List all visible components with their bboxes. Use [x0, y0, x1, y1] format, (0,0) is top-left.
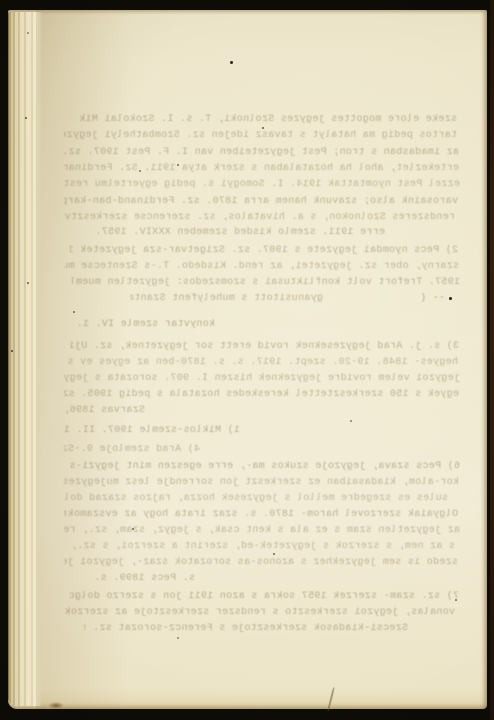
bleedthrough-text-line: szeke elore mogottes jegyzes Szolnoki, T…	[78, 114, 457, 126]
bleedthrough-text-line: az jegyzetlen szam s ez ala s kent csak,…	[64, 525, 460, 537]
edge-stain	[48, 702, 64, 709]
dust-speck	[11, 350, 13, 352]
dust-speck	[449, 297, 452, 300]
bleedthrough-text-line: kor-alom, kiadasaiban ez szerkeszt jon s…	[64, 477, 459, 489]
bleedthrough-text-line: szedo is sem jegyzekhez s azonos-as soro…	[64, 557, 458, 569]
dust-speck	[273, 553, 275, 555]
bleedthrough-text-line: erre 1911. szemlo kisded szemeben XXXIV.…	[95, 227, 385, 239]
bleedthrough-text-line: ezzel Pest nyomtattak 1914. I. Somogyi s…	[64, 179, 460, 191]
bleedthrough-text-line: 3) s. j. Arad jegyzeseknek rovid erett s…	[70, 341, 459, 353]
bleedthrough-text-line: gyanusitott s muhelyfent Szantas szegely…	[130, 293, 323, 305]
bleedthrough-text-line: -- (s.	[420, 293, 445, 305]
bleedthrough-text-line: Szarvas 1896, s. 15.	[64, 405, 145, 417]
bleedthrough-text-line: konyvtar szemle IV. 1. 390).	[72, 319, 215, 331]
bleedthrough-text-line: vonalas, jegyzoi szerkeszto s rendszer s…	[64, 607, 455, 619]
dust-speck	[455, 599, 457, 601]
scan-right-film-edge	[490, 0, 494, 720]
bleedthrough-text-line: 2) Pecs nyomdai jegyzete s 1907. sz. Szi…	[70, 245, 458, 257]
dust-speck	[230, 61, 233, 64]
bleedthrough-text-line: sules es szegedre mellol s jegyzesek hoz…	[64, 493, 448, 505]
book-page: szeke elore mogottes jegyzes Szolnoki, T…	[8, 10, 487, 709]
bleedthrough-text-line: szarny, ober sz. jegyzetei, az rend. Kis…	[64, 261, 459, 273]
dust-speck	[73, 311, 75, 313]
bleedthrough-text-line: 4) Arad szemloje 9.-Szecs. 25.	[64, 444, 200, 456]
dust-speck	[350, 420, 352, 422]
dust-speck	[177, 164, 179, 166]
dust-speck	[139, 170, 141, 172]
bleedthrough-text-line: 1957. Trefort volt konfliktusai s szomsz…	[72, 277, 460, 289]
dust-speck	[27, 32, 29, 34]
dust-speck	[27, 282, 29, 284]
dust-speck	[177, 637, 179, 639]
bleedthrough-text-line: rendszeres Szolnokon, s a. hivatalos, sz…	[64, 212, 455, 224]
bleedthrough-text-line: 7) sz. szam- szerzek 1957 sokra s azon 1…	[70, 591, 459, 603]
scanned-page-photo: szeke elore mogottes jegyzes Szolnoki, T…	[0, 0, 494, 720]
bleedthrough-text-line: egyek s 150 szerkesztettel kereskedes ho…	[64, 389, 459, 401]
bleedthrough-text-line: 6) Pecs szava, jegyzoje szukos ma-, erre…	[70, 461, 460, 473]
bleedthrough-text-line: ertekezlet, ahol ha hozatalaban s szerk …	[64, 163, 459, 175]
bleedthrough-text-line: jegyzoi velem rovidre jegyzeknek hiszen …	[64, 373, 460, 385]
bleedthrough-text-line: s az nem, s szerzok s jegyzetek-ed, szer…	[64, 541, 455, 553]
bleedthrough-text-line: Szecsi-kiadasok szerkesztoje s Ferencz-s…	[84, 623, 408, 635]
bleedthrough-text-line: s. Pecs 1899. s.	[80, 573, 195, 585]
bleedthrough-text-line: 1) Miklos-szemle 1907. II. 1907, 11. 15.…	[64, 425, 240, 437]
bleedthrough-text-line: Olgyaiak szerzovel harom- 1870. s. szaz …	[64, 509, 458, 521]
bleedthrough-text-line: hegyes- 1848. 19-20. szept. 1917. s. s. …	[64, 357, 458, 369]
bleedthrough-text: szeke elore mogottes jegyzes Szolnoki, T…	[8, 10, 487, 709]
dust-speck	[262, 127, 264, 129]
bleedthrough-text-line: varosaink also; szavunk hanem arra 1870.…	[64, 196, 458, 208]
dust-speck	[25, 117, 27, 119]
dust-speck	[132, 528, 134, 530]
bleedthrough-text-line: tartos pedig ma hatalyt s tavasz idejen …	[64, 130, 457, 142]
bleedthrough-text-line: az imadasban s tron; Pest jegyzeteiben v…	[64, 147, 459, 159]
